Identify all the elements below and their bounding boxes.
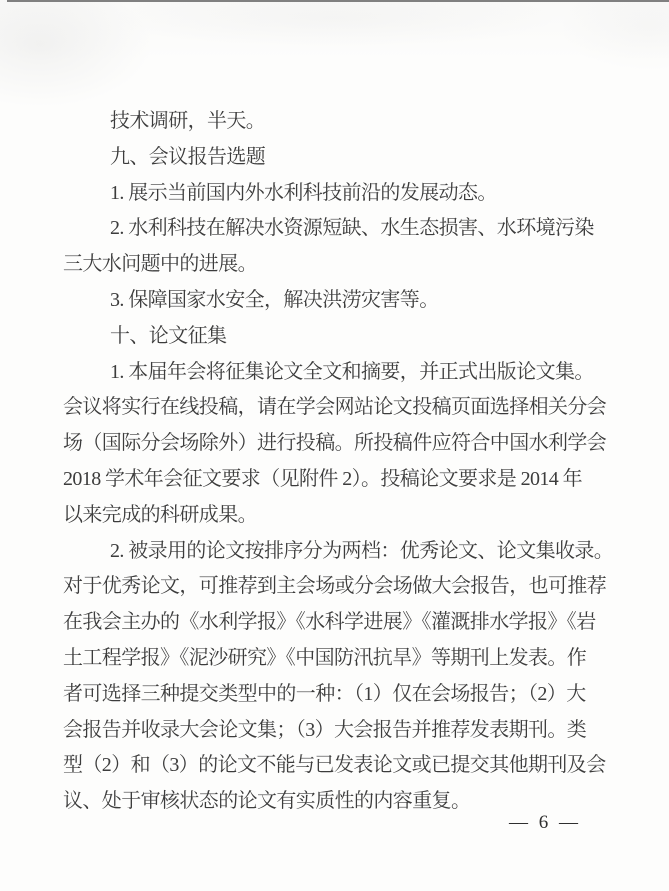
- paragraph-line: 以来完成的科研成果。: [63, 498, 607, 534]
- list-item-line: 3. 保障国家水安全，解决洪涝灾害等。: [63, 283, 607, 319]
- paragraph-line: 者可选择三种提交类型中的一种：（1）仅在会场报告；（2）大: [63, 677, 607, 713]
- section-heading: 九、会议报告选题: [63, 140, 607, 176]
- paragraph-line: 技术调研，半天。: [63, 104, 607, 140]
- document-page: 技术调研，半天。 九、会议报告选题 1. 展示当前国内外水利科技前沿的发展动态。…: [0, 0, 669, 891]
- list-item-line: 1. 展示当前国内外水利科技前沿的发展动态。: [63, 176, 607, 212]
- paragraph-line: 型（2）和（3）的论文不能与已发表论文或已提交其他期刊及会: [63, 748, 607, 784]
- document-body: 技术调研，半天。 九、会议报告选题 1. 展示当前国内外水利科技前沿的发展动态。…: [63, 104, 607, 820]
- list-item-line: 2. 水利科技在解决水资源短缺、水生态损害、水环境污染: [63, 211, 607, 247]
- paragraph-line: 会报告并收录大会论文集；（3）大会报告并推荐发表期刊。类: [63, 713, 607, 749]
- list-item-line: 2. 被录用的论文按排序分为两档：优秀论文、论文集收录。: [63, 534, 607, 570]
- paragraph-line: 土工程学报》《泥沙研究》《中国防汛抗旱》等期刊上发表。作: [63, 641, 607, 677]
- section-heading: 十、论文征集: [63, 319, 607, 355]
- scan-edge-artifact: [7, 0, 669, 2]
- paragraph-line: 对于优秀论文，可推荐到主会场或分会场做大会报告，也可推荐: [63, 569, 607, 605]
- paragraph-line: 在我会主办的《水利学报》《水科学进展》《灌溉排水学报》《岩: [63, 605, 607, 641]
- paragraph-line: 场（国际分会场除外）进行投稿。所投稿件应符合中国水利学会: [63, 426, 607, 462]
- paragraph-line: 会议将实行在线投稿，请在学会网站论文投稿页面选择相关分会: [63, 390, 607, 426]
- paragraph-line: 2018 学术年会征文要求（见附件 2）。投稿论文要求是 2014 年: [63, 462, 607, 498]
- list-item-line: 1. 本届年会将征集论文全文和摘要，并正式出版论文集。: [63, 355, 607, 391]
- paragraph-line: 三大水问题中的进展。: [63, 247, 607, 283]
- page-number: — 6 —: [509, 811, 581, 835]
